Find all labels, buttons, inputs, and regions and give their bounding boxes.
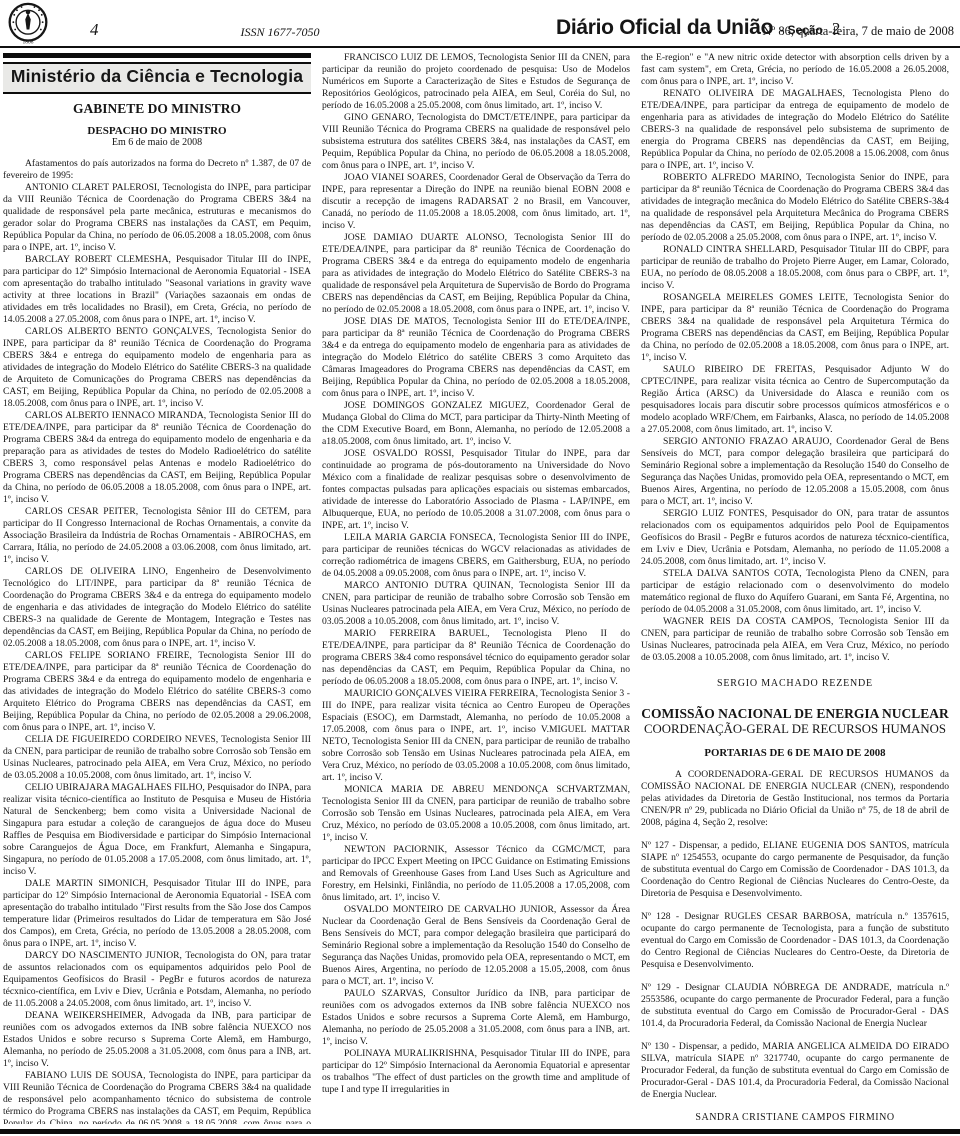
masthead: 1808 4 ISSN 1677-7050 Diário Oficial da …: [0, 0, 960, 46]
paragraph: CARLOS ALBERTO BENTO GONÇALVES, Tecnolog…: [3, 326, 311, 410]
paragraph: PAULO SZARVAS, Consultor Jurídico da INB…: [322, 988, 630, 1048]
paragraph: Nº 127 - Dispensar, a pedido, ELIANE EUG…: [641, 840, 949, 900]
paragraph: RONALD CINTRA SHELLARD, Pesquisador Titu…: [641, 244, 949, 292]
paragraph: JOSE OSVALDO ROSSI, Pesquisador Titular …: [322, 448, 630, 532]
page-number: 4: [90, 20, 99, 40]
ministry-banner-title: Ministério da Ciência e Tecnologia: [11, 66, 303, 86]
paragraph: MAURICIO GONÇALVES VIEIRA FERREIRA, Tecn…: [322, 688, 630, 784]
paragraph: WAGNER REIS DA COSTA CAMPOS, Tecnologist…: [641, 616, 949, 664]
paragraph: OSVALDO MONTEIRO DE CARVALHO JUNIOR, Ass…: [322, 904, 630, 988]
paragraph: DARCY DO NASCIMENTO JUNIOR, Tecnologista…: [3, 950, 311, 1010]
paragraph: MARCO ANTONIO DUTRA QUINAN, Tecnologista…: [322, 580, 630, 628]
signature-sergio-machado-rezende: SERGIO MACHADO REZENDE: [641, 678, 949, 690]
portarias-list: Nº 127 - Dispensar, a pedido, ELIANE EUG…: [641, 840, 949, 1101]
paragraph: RENATO OLIVEIRA DE MAGALHAES, Tecnologis…: [641, 88, 949, 172]
ministry-banner-top-rule: [3, 53, 311, 58]
paragraph: SAULO RIBEIRO DE FREITAS, Pesquisador Ad…: [641, 364, 949, 436]
paragraph: BARCLAY ROBERT CLEMESHA, Pesquisador Tit…: [3, 254, 311, 326]
paragraph: SERGIO LUIZ FONTES, Pesquisador do ON, p…: [641, 508, 949, 568]
paragraph: ROBERTO ALFREDO MARINO, Tecnologista Sen…: [641, 172, 949, 244]
column3-paragraphs: the E-region" e "A new nitric oxide dete…: [641, 52, 949, 664]
paragraph: MONICA MARIA DE ABREU MENDONÇA SCHVARTZM…: [322, 784, 630, 844]
portarias-heading: PORTARIAS DE 6 DE MAIO DE 2008: [641, 747, 949, 759]
paragraph: CARLOS DE OLIVEIRA LINO, Engenheiro de D…: [3, 566, 311, 650]
ministry-banner: Ministério da Ciência e Tecnologia: [3, 62, 311, 94]
doc-date: Em 6 de maio de 2008: [3, 137, 311, 149]
column-3: the E-region" e "A new nitric oxide dete…: [641, 52, 949, 1124]
page-bottom-rule: [0, 1129, 960, 1134]
paragraph: JOAO VIANEI SOARES, Coordenador Geral de…: [322, 172, 630, 232]
paragraph: CELIO UBIRAJARA MAGALHAES FILHO, Pesquis…: [3, 782, 311, 878]
paragraph: CARLOS FELIPE SORIANO FREIRE, Tecnologis…: [3, 650, 311, 734]
column-2: FRANCISCO LUIZ DE LEMOS, Tecnologista Se…: [322, 52, 630, 1124]
paragraph: SERGIO ANTONIO FRAZAO ARAUJO, Coordenado…: [641, 436, 949, 508]
imprensa-nacional-seal-icon: 1808: [6, 2, 50, 46]
paragraph: JOSE DIAS DE MATOS, Tecnologista Senior …: [322, 316, 630, 400]
column1-paragraphs: Afastamentos do país autorizados na form…: [3, 158, 311, 1124]
paragraph: POLINAYA MURALIKRISHNA, Pesquisador Titu…: [322, 1048, 630, 1096]
paragraph: JOSE DOMINGOS GONZALEZ MIGUEZ, Coordenad…: [322, 400, 630, 448]
paragraph: Nº 128 - Designar RUGLES CESAR BARBOSA, …: [641, 911, 949, 971]
paragraph: FABIANO LUIS DE SOUSA, Tecnologista do I…: [3, 1070, 311, 1124]
paragraph: ROSANGELA MEIRELES GOMES LEITE, Tecnolog…: [641, 292, 949, 364]
paragraph: MARIO FERREIRA BARUEL, Tecnologista Plen…: [322, 628, 630, 688]
paragraph: the E-region" e "A new nitric oxide dete…: [641, 52, 949, 88]
org-heading: GABINETE DO MINISTRO: [3, 103, 311, 115]
paragraph: DEANA WEIKERSHEIMER, Advogada da INB, pa…: [3, 1010, 311, 1070]
paragraph: GINO GENARO, Tecnologista do DMCT/ETE/IN…: [322, 112, 630, 172]
paragraph: Nº 130 - Dispensar, a pedido, MARIA ANGE…: [641, 1041, 949, 1101]
paragraph: FRANCISCO LUIZ DE LEMOS, Tecnologista Se…: [322, 52, 630, 112]
paragraph: CELIA DE FIGUEIREDO CORDEIRO NEVES, Tecn…: [3, 734, 311, 782]
paragraph: Afastamentos do país autorizados na form…: [3, 158, 311, 182]
doc-heading: DESPACHO DO MINISTRO: [3, 125, 311, 137]
paragraph: CARLOS ALBERTO IENNACO MIRANDA, Tecnolog…: [3, 410, 311, 506]
paragraph: Nº 129 - Designar CLAUDIA NÓBREGA DE AND…: [641, 982, 949, 1030]
content-columns: Ministério da Ciência e Tecnologia GABIN…: [0, 48, 960, 1124]
column-1: Ministério da Ciência e Tecnologia GABIN…: [3, 52, 311, 1124]
portarias-intro: A COORDENADORA-GERAL DE RECURSOS HUMANOS…: [641, 769, 949, 829]
paragraph: LEILA MARIA GARCIA FONSECA, Tecnologista…: [322, 532, 630, 580]
dou-page: 1808 4 ISSN 1677-7050 Diário Oficial da …: [0, 0, 960, 1136]
paragraph: STELA DALVA SANTOS COTA, Tecnologista Pl…: [641, 568, 949, 616]
cnen-section-heading: COMISSÃO NACIONAL DE ENERGIA NUCLEAR: [641, 706, 949, 721]
paragraph: DALE MARTIN SIMONICH, Pesquisador Titula…: [3, 878, 311, 950]
issn-label: ISSN 1677-7050: [200, 25, 360, 40]
edition-info: Nº 86, quarta-feira, 7 de maio de 2008: [762, 24, 954, 39]
paragraph: JOSE DAMIAO DUARTE ALONSO, Tecnologista …: [322, 232, 630, 316]
paragraph: NEWTON PACIORNIK, Assessor Técnico da CG…: [322, 844, 630, 904]
seal-year: 1808: [23, 39, 34, 45]
cnen-section-subheading: COORDENAÇÃO-GERAL DE RECURSOS HUMANOS: [641, 722, 949, 737]
masthead-title-text: Diário Oficial da União: [556, 16, 773, 40]
column2-paragraphs: FRANCISCO LUIZ DE LEMOS, Tecnologista Se…: [322, 52, 630, 1096]
paragraph: CARLOS CESAR PEITER, Tecnologista Sênior…: [3, 506, 311, 566]
paragraph: ANTONIO CLARET PALEROSI, Tecnologista do…: [3, 182, 311, 254]
signature-sandra-cristiane-campos-firmino: SANDRA CRISTIANE CAMPOS FIRMINO: [641, 1112, 949, 1124]
